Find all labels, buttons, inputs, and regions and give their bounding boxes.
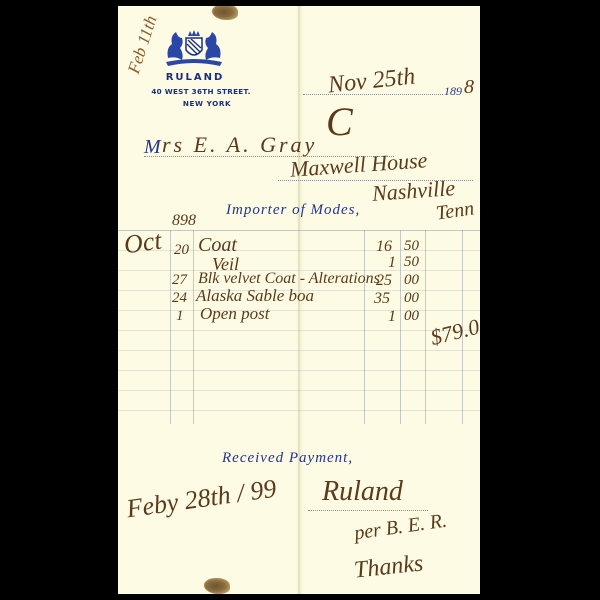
item-cents: 00 (404, 290, 419, 307)
item-cents: 50 (404, 254, 419, 271)
item-cents: 00 (404, 272, 419, 289)
item-dollars: 1 (388, 308, 396, 326)
item-day: 24 (172, 290, 187, 307)
ledger-total: $79.00 (428, 311, 480, 351)
item-cents: 00 (404, 308, 419, 325)
recipient-address-3: Tenn (435, 197, 476, 225)
col-rule-day (193, 230, 194, 424)
item-dollars: 25 (376, 272, 392, 290)
ledger-year: 898 (172, 212, 196, 230)
payment-date: Feby 28th / 99 (125, 474, 279, 525)
item-cents: 50 (404, 238, 419, 255)
date-line (303, 94, 443, 95)
per-initials: per B. E. R. (353, 510, 449, 546)
signature: Ruland (322, 476, 403, 508)
col-rule-date (170, 230, 171, 424)
item-description: Open post (200, 304, 269, 324)
col-rule-desc (364, 230, 365, 424)
item-dollars: 1 (388, 254, 396, 272)
bottom-stain (204, 578, 230, 594)
firm-city: NEW YORK (132, 99, 282, 108)
recipient-name: rs E. A. Gray (162, 132, 317, 158)
tagline: Importer of Modes, (226, 202, 360, 219)
thanks-note: Thanks (353, 550, 425, 584)
invoice-paper: Feb 11th RULAND 40 WEST 36TH STREET. NEW… (118, 6, 480, 594)
date-year-digit: 8 (464, 76, 474, 99)
date-year-printed: 189 (444, 84, 462, 99)
firm-name: RULAND (120, 72, 270, 83)
col-rule-dollars (400, 230, 401, 424)
date-flourish: C (326, 98, 353, 145)
signature-line (308, 510, 428, 511)
item-day: 20 (174, 242, 189, 259)
item-day: 1 (176, 308, 184, 325)
col-rule-cents (425, 230, 426, 424)
margin-note: Feb 11th (124, 13, 161, 76)
firm-address: 40 WEST 36TH STREET. (126, 87, 276, 96)
ledger-month: Oct (122, 226, 163, 261)
item-description: Alaska Sable boa (196, 286, 314, 306)
item-day: 27 (172, 272, 187, 289)
received-payment-label: Received Payment, (222, 450, 353, 467)
heraldic-crest-icon (162, 26, 226, 68)
item-dollars: 35 (374, 290, 390, 308)
top-stain (212, 6, 238, 20)
